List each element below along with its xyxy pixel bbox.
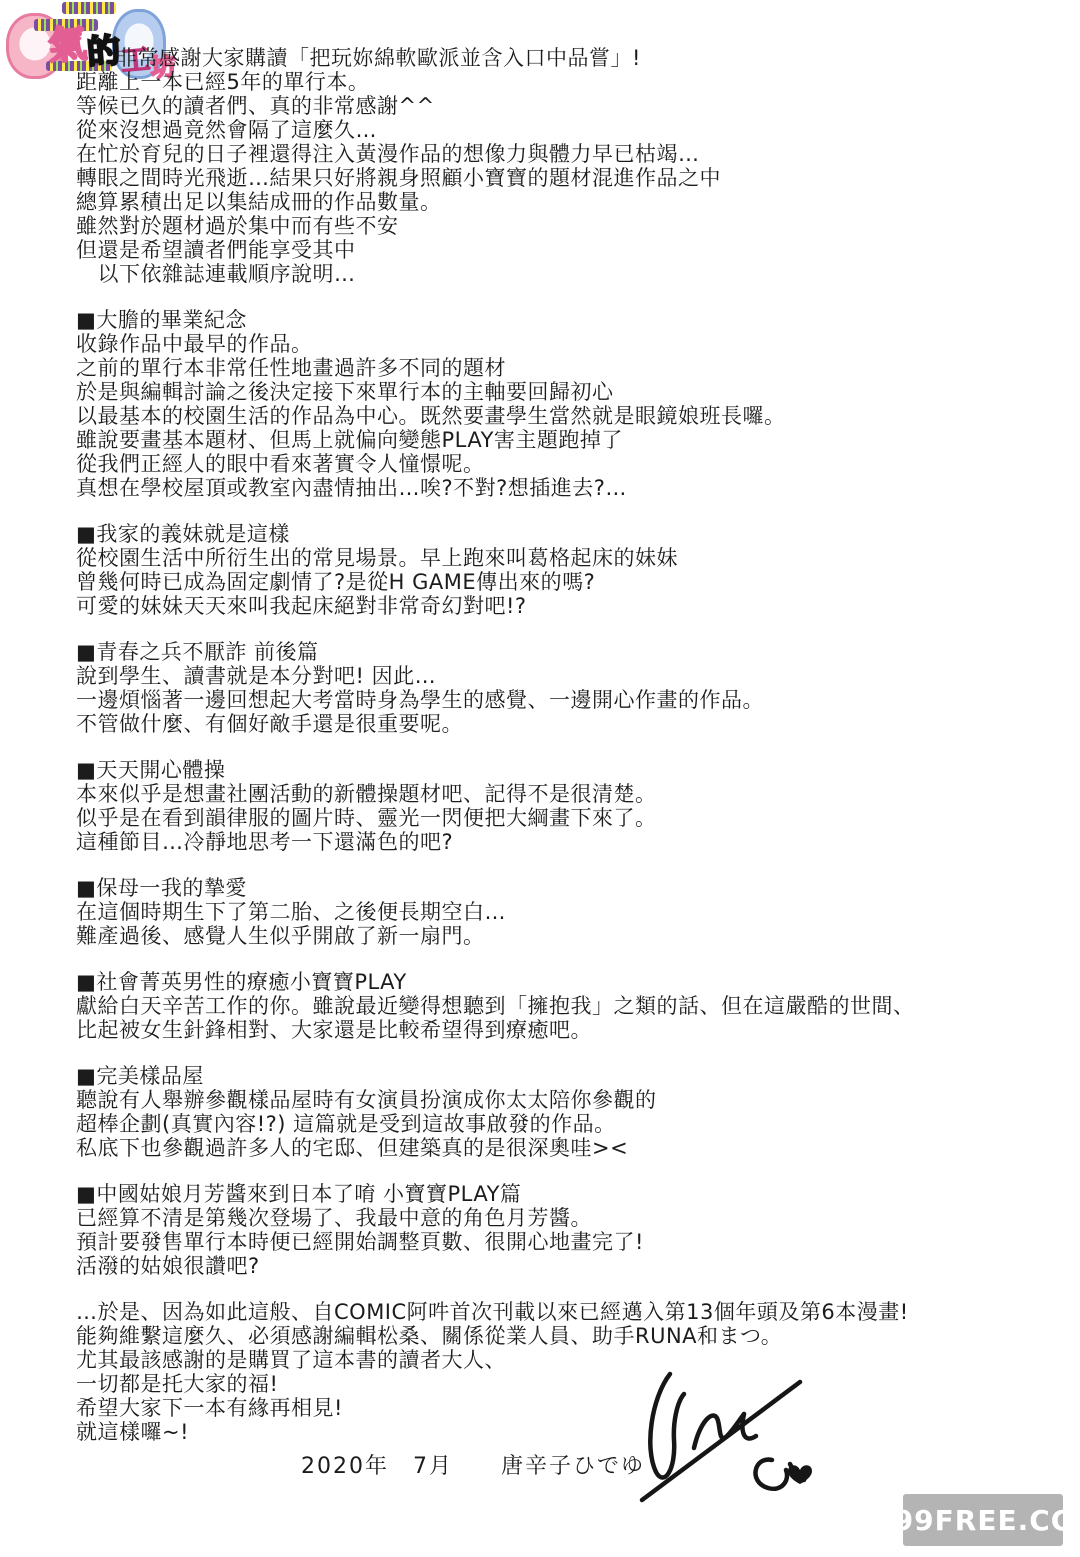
text-line: 難產過後、感覺人生似乎開啟了新一扇門。 (76, 924, 1066, 948)
section-title: ■中國姑娘月芳醬來到日本了唷 小寶寶PLAY篇 (76, 1182, 1066, 1206)
text-line: 可愛的妹妹天天來叫我起床絕對非常奇幻對吧!? (76, 594, 1066, 618)
closing-paragraph: …於是、因為如此這般、自COMIC阿吽首次刊載以來已經邁入第13個年頭及第6本漫… (76, 1300, 1066, 1444)
text-line: 私底下也參觀過許多人的宅邸、但建築真的是很深奧哇>< (76, 1136, 1066, 1160)
text-line: 從校園生活中所衍生出的常見場景。早上跑來叫葛格起床的妹妹 (76, 546, 1066, 570)
section-title: ■保母一我的摯愛 (76, 876, 1066, 900)
intro-paragraph: 非常感謝大家購讀「把玩妳綿軟歐派並含入口中品嘗」!距離上一本已經5年的單行本。等… (76, 46, 1066, 286)
text-line: 轉眼之間時光飛逝…結果只好將親身照顧小寶寶的題材混進作品之中 (76, 166, 1066, 190)
text-line: 比起被女生針鋒相對、大家還是比較希望得到療癒吧。 (76, 1018, 1066, 1042)
text-line: 在忙於育兒的日子裡還得注入黃漫作品的想像力與體力早已枯竭… (76, 142, 1066, 166)
section-title: ■大膽的畢業紀念 (76, 308, 1066, 332)
text-line: 已經算不清是第幾次登場了、我最中意的角色月芳醬。 (76, 1206, 1066, 1230)
text-line: 以下依雜誌連載順序說明… (76, 262, 1066, 286)
text-line: 活潑的姑娘很讚吧? (76, 1254, 1066, 1278)
text-line: 不管做什麼、有個好敵手還是很重要呢。 (76, 712, 1066, 736)
section-block: ■完美樣品屋聽說有人舉辦參觀樣品屋時有女演員扮演成你太太陪你參觀的超棒企劃(真實… (76, 1064, 1066, 1160)
text-line: 本來似乎是想畫社團活動的新體操題材吧、記得不是很清楚。 (76, 782, 1066, 806)
text-line: 一邊煩惱著一邊回想起大考當時身為學生的感覺、一邊開心作畫的作品。 (76, 688, 1066, 712)
text-line: 從我們正經人的眼中看來著實令人憧憬呢。 (76, 452, 1066, 476)
author-signature (632, 1352, 832, 1517)
text-line: 之前的單行本非常任性地畫過許多不同的題材 (76, 356, 1066, 380)
heart-icon (788, 1465, 812, 1484)
text-line: 距離上一本已經5年的單行本。 (76, 70, 1066, 94)
text-line: …於是、因為如此這般、自COMIC阿吽首次刊載以來已經邁入第13個年頭及第6本漫… (76, 1300, 1066, 1324)
afterword-text: 非常感謝大家購讀「把玩妳綿軟歐派並含入口中品嘗」!距離上一本已經5年的單行本。等… (76, 46, 1066, 1480)
section-block: ■我家的義妹就是這樣從校園生活中所衍生出的常見場景。早上跑來叫葛格起床的妹妹曾幾… (76, 522, 1066, 618)
section-block: ■青春之兵不厭詐 前後篇說到學生、讀書就是本分對吧! 因此…一邊煩惱著一邊回想起… (76, 640, 1066, 736)
text-line: 尤其最該感謝的是購買了這本書的讀者大人、 (76, 1348, 1066, 1372)
text-line: 雖說要畫基本題材、但馬上就偏向變態PLAY害主題跑掉了 (76, 428, 1066, 452)
sections: ■大膽的畢業紀念收錄作品中最早的作品。之前的單行本非常任性地畫過許多不同的題材於… (76, 308, 1066, 1278)
afterword-page: 氣的工坊 非常感謝大家購讀「把玩妳綿軟歐派並含入口中品嘗」!距離上一本已經5年的… (0, 0, 1080, 1557)
text-line: 曾幾何時已成為固定劇情了?是從H GAME傳出來的嗎? (76, 570, 1066, 594)
section-block: ■保母一我的摯愛在這個時期生下了第二胎、之後便長期空白…難產過後、感覺人生似乎開… (76, 876, 1066, 948)
section-block: ■天天開心體操本來似乎是想畫社團活動的新體操題材吧、記得不是很清楚。似乎是在看到… (76, 758, 1066, 854)
section-title: ■社會菁英男性的療癒小寶寶PLAY (76, 970, 1066, 994)
text-line: 於是與編輯討論之後決定接下來單行本的主軸要回歸初心 (76, 380, 1066, 404)
section-title: ■天天開心體操 (76, 758, 1066, 782)
text-line: 等候已久的讀者們、真的非常感謝^^ (76, 94, 1066, 118)
text-line: 獻給白天辛苦工作的你。雖說最近變得想聽到「擁抱我」之類的話、但在這嚴酷的世間、 (76, 994, 1066, 1018)
text-line: 能夠維繫這麼久、必須感謝編輯松桑、關係從業人員、助手RUNA和まつ。 (76, 1324, 1066, 1348)
text-line: 說到學生、讀書就是本分對吧! 因此… (76, 664, 1066, 688)
text-line: 以最基本的校園生活的作品為中心。既然要畫學生當然就是眼鏡娘班長囉。 (76, 404, 1066, 428)
site-watermark: 99FREE.CC (903, 1494, 1063, 1546)
section-title: ■完美樣品屋 (76, 1064, 1066, 1088)
text-line: 非常感謝大家購讀「把玩妳綿軟歐派並含入口中品嘗」! (76, 46, 1066, 70)
text-line: 似乎是在看到韻律服的圖片時、靈光一閃便把大綱畫下來了。 (76, 806, 1066, 830)
section-block: ■社會菁英男性的療癒小寶寶PLAY獻給白天辛苦工作的你。雖說最近變得想聽到「擁抱… (76, 970, 1066, 1042)
text-line: 總算累積出足以集結成冊的作品數量。 (76, 190, 1066, 214)
text-line: 收錄作品中最早的作品。 (76, 332, 1066, 356)
text-line: 但還是希望讀者們能享受其中 (76, 238, 1066, 262)
text-line: 聽說有人舉辦參觀樣品屋時有女演員扮演成你太太陪你參觀的 (76, 1088, 1066, 1112)
watermark-text: 99FREE.CC (894, 1504, 1073, 1537)
text-line: 這種節目…冷靜地思考一下還滿色的吧? (76, 830, 1066, 854)
text-line: 從來沒想過竟然會隔了這麼久… (76, 118, 1066, 142)
text-line: 超棒企劃(真實內容!?) 這篇就是受到這故事啟發的作品。 (76, 1112, 1066, 1136)
section-block: ■大膽的畢業紀念收錄作品中最早的作品。之前的單行本非常任性地畫過許多不同的題材於… (76, 308, 1066, 500)
section-title: ■青春之兵不厭詐 前後篇 (76, 640, 1066, 664)
section-title: ■我家的義妹就是這樣 (76, 522, 1066, 546)
section-block: ■中國姑娘月芳醬來到日本了唷 小寶寶PLAY篇已經算不清是第幾次登場了、我最中意… (76, 1182, 1066, 1278)
text-line: 真想在學校屋頂或教室內盡情抽出…唉?不對?想插進去?… (76, 476, 1066, 500)
text-line: 希望大家下一本有緣再相見! (76, 1396, 1066, 1420)
text-line: 在這個時期生下了第二胎、之後便長期空白… (76, 900, 1066, 924)
text-line: 預計要發售單行本時便已經開始調整頁數、很開心地畫完了! (76, 1230, 1066, 1254)
text-line: 一切都是托大家的福! (76, 1372, 1066, 1396)
text-line: 雖然對於題材過於集中而有些不安 (76, 214, 1066, 238)
text-line: 就這樣囉~! (76, 1420, 1066, 1444)
